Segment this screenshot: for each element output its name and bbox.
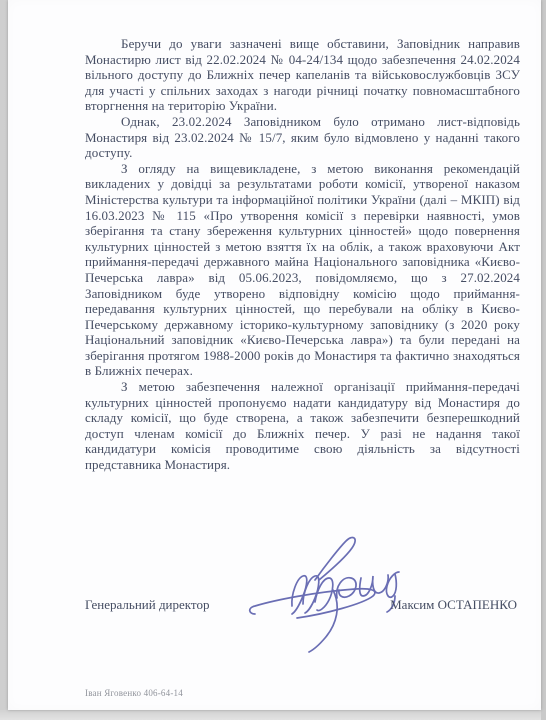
- letter-paragraph: З огляду на вищевикладене, з метою викон…: [85, 161, 520, 379]
- scan-bottom-edge: [0, 710, 546, 720]
- letter-paragraph: Однак, 23.02.2024 Заповідником було отри…: [85, 114, 520, 161]
- signer-role-label: Генеральний директор: [85, 597, 209, 613]
- scan-right-edge: [541, 0, 546, 720]
- executor-footer-note: Іван Яговенко 406-64-14: [85, 688, 183, 698]
- signature-row: Генеральний директор Максим ОСТАПЕНКО: [85, 597, 517, 613]
- letter-paragraph: З метою забезпечення належної організаці…: [85, 379, 520, 473]
- letter-paragraph: Беручи до уваги зазначені вище обставини…: [85, 36, 520, 114]
- scanner-background: Беручи до уваги зазначені вище обставини…: [0, 0, 546, 720]
- handwritten-signature-icon: [245, 534, 420, 654]
- letter-body-text: Беручи до уваги зазначені вище обставини…: [85, 36, 520, 473]
- letter-page: Беручи до уваги зазначені вище обставини…: [8, 0, 541, 710]
- signer-name-label: Максим ОСТАПЕНКО: [390, 597, 517, 613]
